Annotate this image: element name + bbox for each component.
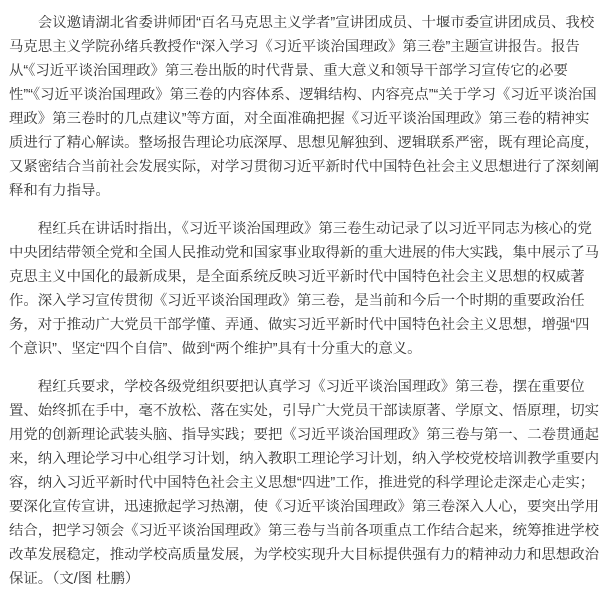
article-paragraph-2: 程红兵在讲话时指出，《习近平谈治国理政》第三卷生动记录了以习近平同志为核心的党中… bbox=[9, 217, 603, 361]
article-body: 会议邀请湖北省委讲师团“百名马克思主义学者”宣讲团成员、十堰市委宣讲团成员、我校… bbox=[0, 0, 612, 591]
article-paragraph-1: 会议邀请湖北省委讲师团“百名马克思主义学者”宣讲团成员、十堰市委宣讲团成员、我校… bbox=[9, 11, 603, 203]
article-paragraph-3: 程红兵要求，学校各级党组织要把认真学习《习近平谈治国理政》第三卷，摆在重要位置、… bbox=[9, 375, 603, 591]
